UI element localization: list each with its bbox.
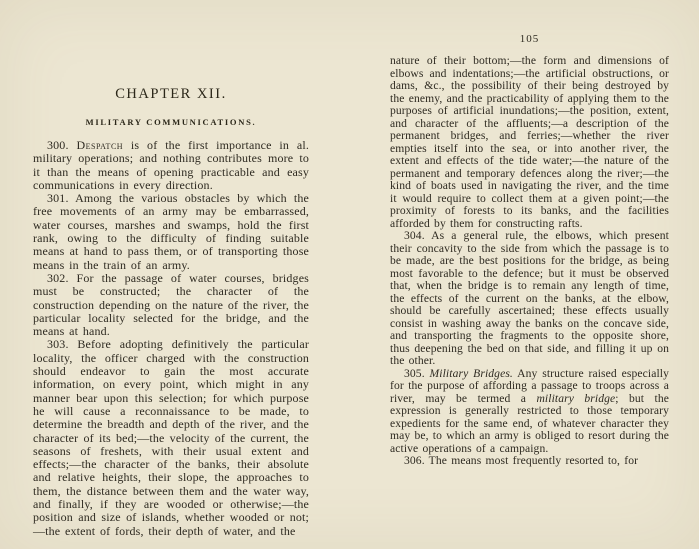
paragraph: 305. Military Bridges. Any structure rai… (390, 368, 669, 456)
text-segment: 303. Before adopting definitively the pa… (33, 337, 309, 537)
text-segment: Military Bridges. (430, 367, 513, 380)
paragraph: nature of their bottom;—the form and dim… (390, 55, 669, 230)
text-segment: 300. (47, 138, 76, 152)
text-segment: nature of their bottom;—the form and dim… (390, 54, 669, 230)
paragraph: 304. As a general rule, the elbows, whic… (390, 230, 669, 368)
paragraph: 301. Among the various obstacles by whic… (33, 192, 309, 272)
right-column-text: nature of their bottom;—the form and dim… (390, 55, 669, 468)
chapter-title: CHAPTER XII. (33, 86, 309, 103)
section-title: MILITARY COMMUNICATIONS. (33, 117, 309, 127)
page-number: 105 (390, 33, 669, 45)
text-segment: 306. The means most frequently resorted … (404, 454, 638, 467)
text-segment: military bridge (536, 392, 615, 405)
scanned-book-page: CHAPTER XII. MILITARY COMMUNICATIONS. 30… (0, 0, 699, 549)
text-segment: 304. As a general rule, the elbows, whic… (390, 229, 669, 367)
text-segment: 301. Among the various obstacles by whic… (33, 191, 309, 271)
text-segment: Despatch (76, 138, 123, 152)
paragraph: 303. Before adopting definitively the pa… (33, 338, 309, 537)
paragraph: 300. Despatch is of the first importance… (33, 139, 309, 192)
left-page-column: CHAPTER XII. MILITARY COMMUNICATIONS. 30… (33, 0, 309, 538)
text-segment: 305. (404, 367, 430, 380)
text-segment: 302. For the passage of water courses, b… (33, 271, 309, 338)
paragraph: 306. The means most frequently resorted … (390, 455, 669, 468)
left-column-text: 300. Despatch is of the first importance… (33, 139, 309, 538)
paragraph: 302. For the passage of water courses, b… (33, 272, 309, 338)
right-page-column: 105 nature of their bottom;—the form and… (390, 0, 669, 468)
